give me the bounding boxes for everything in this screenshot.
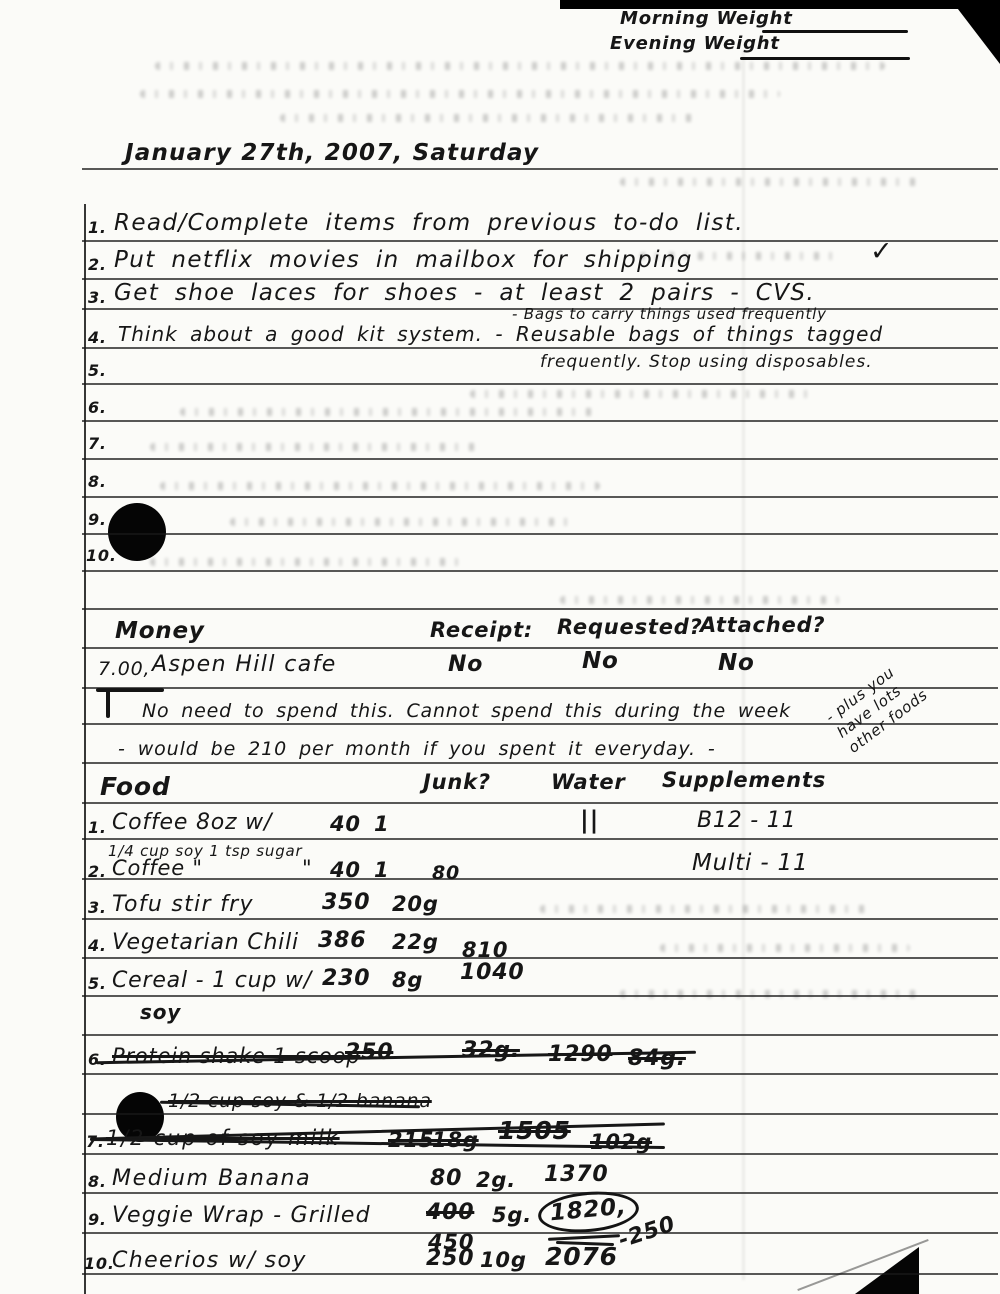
food-5-sub-note: soy [140,1000,181,1024]
todo-4-text-continuation: frequently. Stop using disposables. [540,352,873,372]
todo-1-number: 1. [88,218,107,237]
ruled-line [82,240,998,242]
food-6-number: 6. [88,1050,107,1069]
food-1-junk-value: 1 [374,812,389,836]
ruled-line [82,347,998,349]
food-9-number: 9. [88,1210,107,1229]
ruled-line [82,608,998,610]
money-col-requested: Requested? [557,615,703,639]
money-entry-attached-value: No [718,650,755,676]
food-2-supplement: Multi - 11 [692,850,808,876]
ruled-line [82,278,998,280]
food-1-supplement: B12 - 11 [697,808,796,833]
evening-weight-label: Evening Weight [610,33,780,54]
food-6-extra-value: 84g. [628,1046,686,1071]
food-7-extra-value: 102g [590,1130,652,1154]
food-10-junk-value: 10g [480,1248,527,1272]
bleedthrough-smudge [620,990,920,998]
food-5-name: Cereal - 1 cup w/ [112,968,312,993]
ruled-line [82,802,998,804]
food-10-name: Cheerios w/ soy [112,1248,307,1273]
food-7-water-value: 1505 [498,1116,571,1145]
food-1-number: 1. [88,818,107,837]
money-entry-amount: 7.00, [98,658,150,680]
food-7-number: 7. [86,1132,105,1151]
ruled-line [82,723,998,725]
food-2-water-value: 80 [432,862,460,884]
bleedthrough-smudge [155,62,885,70]
food-col-supplements: Supplements [662,768,826,792]
ruled-line [82,420,998,422]
diagonal-margin-note: - plus you have lots other foods [822,655,931,757]
bleedthrough-smudge [180,408,600,416]
todo-7-number: 7. [88,434,107,453]
bleedthrough-smudge [140,90,780,98]
food-5-junk-value: 8g [392,968,423,992]
food-1-water-tally: || [580,806,599,834]
food-8-name: Medium Banana [112,1166,311,1191]
ruled-line [82,168,998,170]
food-4-name: Vegetarian Chili [112,930,299,955]
ruled-line [82,496,998,498]
left-margin-line [84,204,86,1294]
ruled-line [82,687,998,689]
ruled-line [82,1273,998,1275]
todo-3-number: 3. [88,288,107,307]
food-8-water-value: 1370 [544,1162,608,1187]
ruled-line [82,308,998,310]
money-col-receipt: Receipt: [430,618,533,642]
todo-9-number: 9. [88,510,107,529]
food-5-number: 5. [88,974,107,993]
food-7-junk-value: 18g [432,1128,479,1152]
food-4-calories: 386 [318,928,366,953]
ruled-line [82,1232,998,1234]
food-9-junk-value: 5g. [492,1203,532,1227]
food-3-calories: 350 [322,890,370,915]
todo-4-number: 4. [88,328,107,347]
morning-weight-label: Morning Weight [620,8,793,29]
food-5-water-value: 1040 [460,960,524,985]
bleedthrough-smudge [150,443,480,451]
todo-3-text: Get shoe laces for shoes - at least 2 pa… [114,280,815,306]
ruled-line [82,647,998,649]
bleedthrough-smudge [470,390,810,398]
evening-weight-blank-line [740,57,910,60]
food-section-title: Food [100,772,171,801]
food-4-junk-value: 22g [392,930,439,954]
food-9-name: Veggie Wrap - Grilled [112,1203,371,1228]
food-col-water: Water [551,770,626,794]
food-10-number: 10. [84,1254,115,1273]
todo-2-text: Put netflix movies in mailbox for shippi… [114,247,693,273]
ruled-line [82,533,998,535]
ruled-line [82,383,998,385]
food-10-calories: 250 [426,1246,474,1271]
money-section-title: Money [115,618,205,644]
ruled-line [82,458,998,460]
bleedthrough-smudge [620,178,920,186]
amount-bracket-vertical [106,688,110,718]
money-entry-payee: Aspen Hill cafe [152,652,337,677]
food-6-calories: 250 [345,1040,393,1065]
ruled-line [82,878,998,880]
ruled-line [82,918,998,920]
food-10-water-value: 2076 [545,1242,618,1271]
bleedthrough-smudge [230,518,570,526]
bleedthrough-smudge [560,596,840,604]
todo-2-number: 2. [88,255,107,274]
ruled-line [82,957,998,959]
food-col-junk: Junk? [423,770,491,794]
bleedthrough-smudge [540,905,870,913]
todo-10-number: 10. [86,546,117,565]
todo-1-text: Read/Complete items from previous to-do … [114,210,744,236]
food-4-number: 4. [88,936,107,955]
food-8-number: 8. [88,1172,107,1191]
money-entry-requested-value: No [582,648,619,674]
food-3-name: Tofu stir fry [112,892,254,917]
bleedthrough-smudge [150,558,460,566]
food-6-junk-value: 32g. [462,1038,520,1063]
emphasis-scribble [548,1234,620,1241]
scan-corner-top-right [928,0,1000,64]
todo-6-number: 6. [88,398,107,417]
ruled-line [82,838,998,840]
food-6-name: Protein shake 1 scoop [112,1044,360,1068]
food-3-junk-value: 20g [392,892,439,916]
morning-weight-blank-line [762,30,908,33]
todo-5-number: 5. [88,361,107,380]
money-note-1: No need to spend this. Cannot spend this… [142,700,791,722]
ruled-line [82,762,998,764]
ruled-line [82,995,998,997]
ruled-line [82,1073,998,1075]
bleedthrough-smudge [280,114,700,122]
bleedthrough-smudge [660,944,910,952]
ruled-line [82,1113,998,1115]
money-note-2: - would be 210 per month if you spent it… [118,738,716,760]
food-8-calories: 80 [430,1166,462,1191]
food-1-calories: 40 [330,812,361,836]
money-entry-receipt-value: No [448,652,483,677]
money-col-attached: Attached? [700,613,825,637]
food-1-name: Coffee 8oz w/ [112,810,272,835]
date-heading: January 27th, 2007, Saturday [125,140,539,166]
food-9-calories-old: 400 [426,1200,474,1225]
food-5-calories: 230 [322,966,370,991]
food-2-ditto-mark: " [302,856,312,880]
food-2-name: Coffee " [112,856,203,880]
food-3-number: 3. [88,898,107,917]
ruled-line [82,1192,998,1194]
bleedthrough-smudge [160,482,600,490]
ruled-line [82,1153,998,1155]
todo-4-text: Think about a good kit system. - Reusabl… [118,322,883,346]
todo-8-number: 8. [88,472,107,491]
ruled-line [82,570,998,572]
ruled-line [82,1034,998,1036]
food-8-junk-value: 2g. [476,1168,516,1192]
scanned-handwritten-note: Morning Weight Evening Weight January 27… [0,0,1000,1294]
